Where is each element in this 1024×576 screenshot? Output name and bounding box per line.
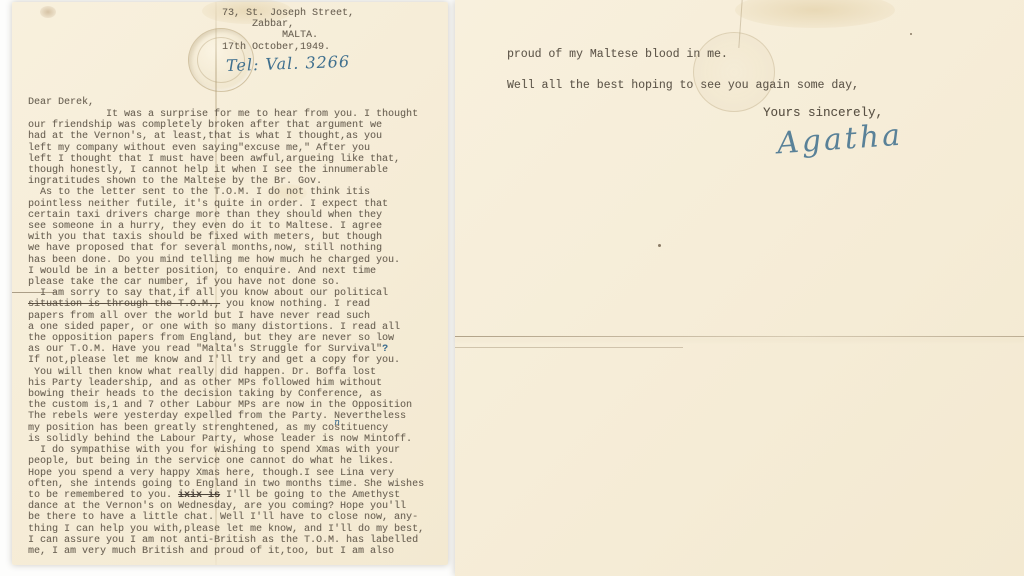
address-line: 73, St. Joseph Street, — [222, 8, 354, 19]
letter-line: though honestly, I cannot help it when I… — [28, 165, 424, 176]
letter-line: As to the letter sent to the T.O.M. I do… — [28, 187, 424, 198]
letter-body-page1: It was a surprise for me to hear from yo… — [28, 109, 424, 557]
letter-line: I am sorry to say that,if all you know a… — [28, 288, 424, 299]
closing-line: Yours sincerely, — [763, 108, 883, 119]
letter-line: his Party leadership, and as other MPs f… — [28, 378, 424, 389]
letter-line: see someone in a hurry, they even do it … — [28, 221, 424, 232]
letter-line: dance at the Vernon's on Wednesday, are … — [28, 501, 424, 512]
address-line: 17th October,1949. — [222, 42, 354, 53]
letter-line: is solidly behind the Labour Party, whos… — [28, 434, 424, 445]
letter-line: please take the car number, if you have … — [28, 277, 424, 288]
letter-line: people, but being in the service one can… — [28, 456, 424, 467]
letter-line: my position has been greatly strenghtene… — [28, 423, 424, 434]
tel-note-handwritten: Tel: Val. 3266 — [226, 52, 351, 75]
letter-line: pointless neither futile, it's quite in … — [28, 199, 424, 210]
address-line: Zabbar, — [222, 19, 354, 30]
letter-line: situation is through the T.O.M., you kno… — [28, 299, 424, 310]
letter-line: we have proposed that for several months… — [28, 243, 424, 254]
horizontal-fold-crease — [455, 336, 1024, 337]
letter-line: a one sided paper, or one with so many d… — [28, 322, 424, 333]
letter-line: I can assure you I am not anti-British a… — [28, 535, 424, 546]
paper-stain — [735, 0, 895, 28]
letter-line: to be remembered to you. ixix is I'll be… — [28, 490, 424, 501]
letter-line: If not,please let me know and I'll try a… — [28, 355, 424, 366]
salutation: Dear Derek, — [28, 97, 94, 108]
paper-speck — [910, 33, 912, 35]
paper-speck — [658, 244, 661, 247]
letter-line: me, I am very much British and proud of … — [28, 546, 424, 557]
letter-line: I would be in a better position, to enqu… — [28, 266, 424, 277]
letter-line: often, she intends going to England in t… — [28, 479, 424, 490]
letter-line: left my company without even saying"excu… — [28, 143, 424, 154]
letter-line: ingratitudes shown to the Maltese by the… — [28, 176, 424, 187]
letter-page-2: proud of my Maltese blood in me.Well all… — [455, 0, 1024, 576]
letter-line: proud of my Maltese blood in me. — [507, 40, 859, 71]
letter-line: Hope you spend a very happy Xmas here, t… — [28, 468, 424, 479]
letter-body-page2: proud of my Maltese blood in me.Well all… — [507, 40, 859, 101]
paper-stain — [40, 6, 56, 18]
horizontal-fold-crease-minor — [455, 347, 683, 348]
letter-line: It was a surprise for me to hear from yo… — [28, 109, 424, 120]
letter-page-1: 73, St. Joseph Street,Zabbar,MALTA.17th … — [12, 2, 448, 565]
letter-line: I do sympathise with you for wishing to … — [28, 445, 424, 456]
letter-line: certain taxi drivers charge more than th… — [28, 210, 424, 221]
letter-line: Well all the best hoping to see you agai… — [507, 71, 859, 102]
letter-line: papers from all over the world but I hav… — [28, 311, 424, 322]
letter-line: left I thought that I must have been awf… — [28, 154, 424, 165]
sender-address: 73, St. Joseph Street,Zabbar,MALTA.17th … — [222, 8, 354, 53]
letter-line: You will then know what really did happe… — [28, 367, 424, 378]
letter-line: as our T.O.M. Have you read "Malta's Str… — [28, 344, 424, 355]
letter-line: had at the Vernon's, at least,that is wh… — [28, 131, 424, 142]
letter-line: with you that taxis should be fixed with… — [28, 232, 424, 243]
letter-line: the opposition papers from England, but … — [28, 333, 424, 344]
letter-line: thing I can help you with,please let me … — [28, 524, 424, 535]
letter-line: the custom is,1 and 7 other Labour MPs a… — [28, 400, 424, 411]
letter-line: The rebels were yesterday expelled from … — [28, 411, 424, 422]
signature-handwritten: Agatha — [776, 118, 904, 162]
letter-line: has been done. Do you mind telling me ho… — [28, 255, 424, 266]
letter-line: our friendship was completely broken aft… — [28, 120, 424, 131]
letter-line: be there to have a little chat. Well I'l… — [28, 512, 424, 523]
address-line: MALTA. — [222, 30, 354, 41]
letter-line: bowing their heads to the decision takin… — [28, 389, 424, 400]
